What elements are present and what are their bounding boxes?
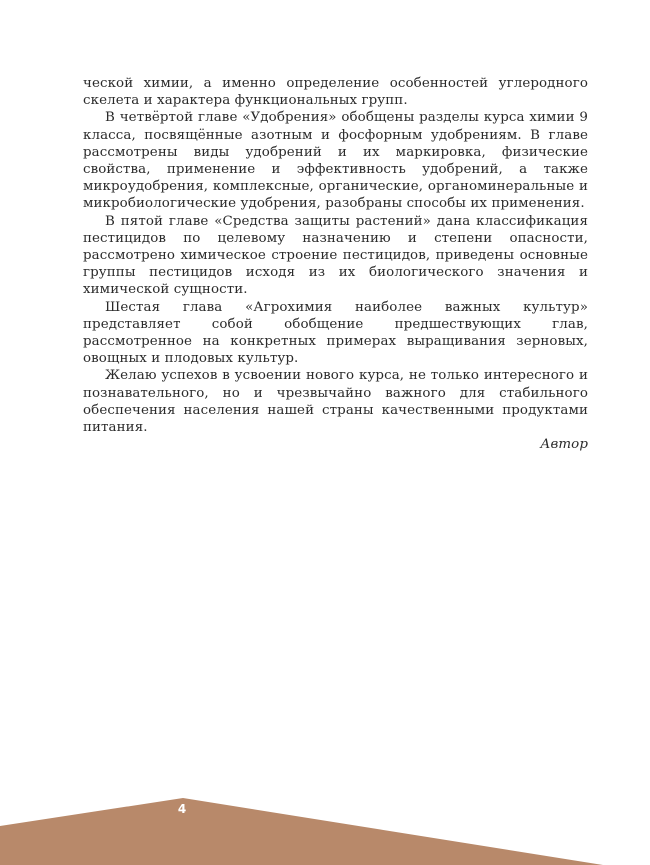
paragraph-chapter-4: В четвёртой главе «Удобрения» обобщены р… [83, 109, 588, 212]
body-text: ческой химии, а именно определение особе… [83, 75, 588, 453]
footer-band-shape [0, 798, 603, 865]
paragraph-chapter-6: Шестая глава «Агрохимия наиболее важных … [83, 299, 588, 368]
document-page: ческой химии, а именно определение особе… [0, 0, 650, 865]
paragraph-closing-wish: Желаю успехов в усвоении нового курса, н… [83, 367, 588, 436]
author-signature: Автор [83, 436, 588, 453]
page-number: 4 [172, 802, 192, 816]
paragraph-chapter-5: В пятой главе «Средства защиты растений»… [83, 213, 588, 299]
paragraph-continuation: ческой химии, а именно определение особе… [83, 75, 588, 109]
